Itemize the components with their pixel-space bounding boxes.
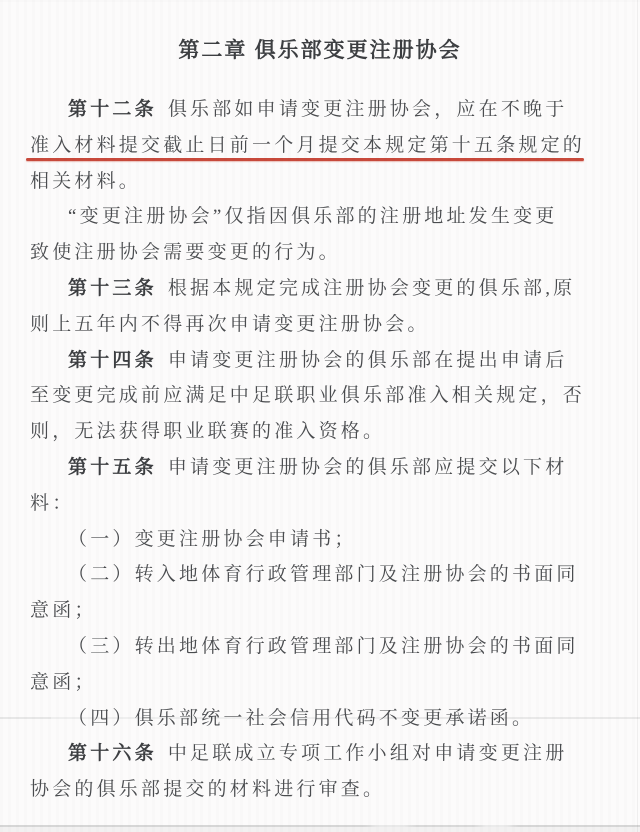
- text-line: （三）转出地体育行政管理部门及注册协会的书面同: [30, 629, 582, 665]
- text-line: 致使注册协会需要变更的行为。: [30, 235, 582, 271]
- line-text: 则，无法获得职业联赛的准入资格。: [30, 421, 385, 442]
- article-line: 第十三条根据本规定完成注册协会变更的俱乐部,原: [30, 271, 582, 307]
- line-text: 意函；: [30, 672, 97, 693]
- text-line: 则，无法获得职业联赛的准入资格。: [30, 414, 582, 450]
- article-number: 第十三条: [68, 278, 157, 299]
- line-text: （一）变更注册协会申请书；: [68, 529, 357, 550]
- text-line: “变更注册协会”仅指因俱乐部的注册地址发生变更: [30, 199, 582, 235]
- line-text: 申请变更注册协会的俱乐部在提出申请后: [168, 350, 568, 371]
- text-line: （二）转入地体育行政管理部门及注册协会的书面同: [30, 557, 582, 593]
- text-line: 准入材料提交截止日前一个月提交本规定第十五条规定的: [30, 128, 582, 164]
- article-line: 第十五条申请变更注册协会的俱乐部应提交以下材: [30, 450, 582, 486]
- text-line: （四）俱乐部统一社会信用代码不变更承诺函。: [30, 701, 582, 737]
- line-text: 至变更完成前应满足中足联职业俱乐部准入相关规定，否: [30, 385, 585, 406]
- line-text: （四）俱乐部统一社会信用代码不变更承诺函。: [68, 708, 534, 729]
- page-right-edge: [637, 0, 638, 832]
- line-text: 意函；: [30, 600, 97, 621]
- line-text: 料：: [30, 493, 74, 514]
- line-text: （二）转入地体育行政管理部门及注册协会的书面同: [68, 564, 579, 585]
- line-text: “变更注册协会”仅指因俱乐部的注册地址发生变更: [68, 206, 557, 227]
- line-text: 协会的俱乐部提交的材料进行审查。: [30, 779, 385, 800]
- text-line: 意函；: [30, 593, 582, 629]
- scanned-document-page: { "page": { "background_color": "#fcfbfb…: [0, 0, 640, 832]
- line-text: （三）转出地体育行政管理部门及注册协会的书面同: [68, 636, 579, 657]
- text-line: 至变更完成前应满足中足联职业俱乐部准入相关规定，否: [30, 378, 582, 414]
- line-text: 中足联成立专项工作小组对申请变更注册: [168, 743, 568, 764]
- article-number: 第十五条: [68, 457, 157, 478]
- text-line: 意函；: [30, 665, 582, 701]
- text-line: 相关材料。: [30, 164, 582, 200]
- line-text: 致使注册协会需要变更的行为。: [30, 242, 341, 263]
- chapter-title: 第二章 俱乐部变更注册协会: [0, 34, 640, 64]
- line-text: 根据本规定完成注册协会变更的俱乐部,原: [168, 278, 576, 299]
- line-text: 相关材料。: [30, 171, 141, 192]
- text-line: （一）变更注册协会申请书；: [30, 522, 582, 558]
- line-text: 则上五年内不得再次申请变更注册协会。: [30, 314, 430, 335]
- article-number: 第十四条: [68, 350, 157, 371]
- text-line: 协会的俱乐部提交的材料进行审查。: [30, 772, 582, 808]
- text-line: 则上五年内不得再次申请变更注册协会。: [30, 307, 582, 343]
- article-number: 第十二条: [68, 99, 157, 120]
- line-text: 准入材料提交截止日前一个月提交本规定第十五条规定的: [30, 135, 585, 156]
- article-line: 第十六条中足联成立专项工作小组对申请变更注册: [30, 736, 582, 772]
- document-body: 第十二条俱乐部如申请变更注册协会，应在不晚于准入材料提交截止日前一个月提交本规定…: [30, 92, 582, 808]
- article-line: 第十二条俱乐部如申请变更注册协会，应在不晚于: [30, 92, 582, 128]
- page-bottom-edge: [0, 825, 640, 832]
- line-text: 俱乐部如申请变更注册协会，应在不晚于: [168, 99, 568, 120]
- text-line: 料：: [30, 486, 582, 522]
- article-line: 第十四条申请变更注册协会的俱乐部在提出申请后: [30, 343, 582, 379]
- line-text: 申请变更注册协会的俱乐部应提交以下材: [168, 457, 568, 478]
- article-number: 第十六条: [68, 743, 157, 764]
